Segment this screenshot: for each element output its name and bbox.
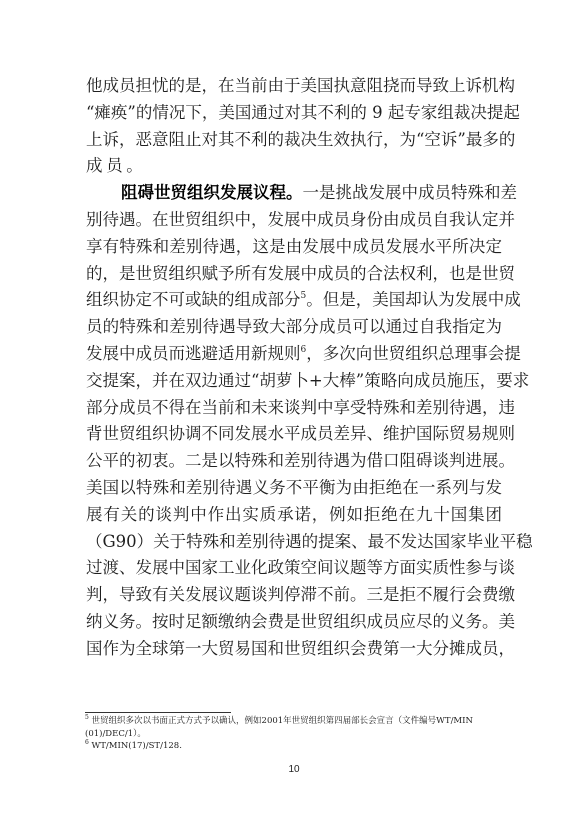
text-span: 一是挑战发展中成员特殊和差 — [303, 183, 518, 202]
footnote-mark: 5 — [85, 714, 89, 721]
text-line: 国作为全球第一大贸易国和世贸组织会费第一大分摊成员， — [86, 636, 502, 663]
text-line: 展有关的谈判中作出实质承诺，例如拒绝在九十国集团 — [86, 502, 502, 529]
text-line: “瘫痪”的情况下，美国通过对其不利的 9 起专家组裁决提起 — [86, 100, 502, 127]
footnote-5-continued: (01)/DEC/1）。 — [85, 728, 505, 741]
text-line: 背世贸组织协调不同发展水平成员差异、维护国际贸易规则 — [86, 421, 502, 448]
text-span: ，多次向世贸组织总理事会提 — [306, 344, 521, 363]
text-line: （G90）关于特殊和差别待遇的提案、最不发达国家毕业平稳 — [86, 529, 502, 556]
page-number: 10 — [0, 764, 588, 775]
footnotes: 5 世贸组织多次以书面正式方式予以确认，例如2001年世贸组织第四届部长会宣言（… — [85, 715, 505, 753]
text-line: 员的特殊和差别待遇导致大部分成员可以通过自我指定为 — [86, 314, 502, 341]
text-line: 上诉，恶意阻止对其不利的裁决生效执行，为“空诉”最多的 — [86, 127, 502, 154]
text-line: 别待遇。在世贸组织中，发展中成员身份由成员自我认定并 — [86, 207, 502, 234]
document-page: 他成员担忧的是，在当前由于美国执意阻挠而导致上诉机构 “瘫痪”的情况下，美国通过… — [0, 0, 588, 829]
text-line-footnote-5: 组织协定不可或缺的组成部分5。但是，美国却认为发展中成 — [86, 287, 502, 314]
text-line: 公平的初衷。二是以特殊和差别待遇为借口阻碍谈判进展。 — [86, 448, 502, 475]
text-span: 组织协定不可或缺的组成部分 — [86, 290, 301, 309]
text-line-footnote-6: 发展中成员而逃避适用新规则6，多次向世贸组织总理事会提 — [86, 341, 502, 368]
text-line: 成员。 — [86, 153, 502, 180]
body-text: 他成员担忧的是，在当前由于美国执意阻挠而导致上诉机构 “瘫痪”的情况下，美国通过… — [86, 73, 502, 663]
footnote-5: 5 世贸组织多次以书面正式方式予以确认，例如2001年世贸组织第四届部长会宣言（… — [85, 715, 505, 728]
footnote-text: 世贸组织多次以书面正式方式予以确认，例如2001年世贸组织第四届部长会宣言（文件… — [92, 716, 473, 726]
text-line: 部分成员不得在当前和未来谈判中享受特殊和差别待遇，违 — [86, 395, 502, 422]
text-line: 纳义务。按时足额缴纳会费是世贸组织成员应尽的义务。美 — [86, 609, 502, 636]
text-line: 的，是世贸组织赋予所有发展中成员的合法权利，也是世贸 — [86, 261, 502, 288]
text-span: 发展中成员而逃避适用新规则 — [86, 344, 301, 363]
text-line: 美国以特殊和差别待遇义务不平衡为由拒绝在一系列与发 — [86, 475, 502, 502]
paragraph-heading-line: 阻碍世贸组织发展议程。一是挑战发展中成员特殊和差 — [86, 180, 502, 207]
footnote-divider — [85, 712, 231, 713]
paragraph-heading: 阻碍世贸组织发展议程。 — [121, 183, 303, 202]
text-line: 享有特殊和差别待遇，这是由发展中成员发展水平所决定 — [86, 234, 502, 261]
text-line: 判，导致有关发展议题谈判停滞不前。三是拒不履行会费缴 — [86, 582, 502, 609]
footnote-mark: 6 — [85, 739, 89, 746]
text-line: 他成员担忧的是，在当前由于美国执意阻挠而导致上诉机构 — [86, 73, 502, 100]
footnote-text: WT/MIN(17)/ST/128. — [92, 741, 182, 751]
text-line: 过渡、发展中国家工业化政策空间议题等方面实质性参与谈 — [86, 555, 502, 582]
text-span: 。但是，美国却认为发展中成 — [306, 290, 521, 309]
footnote-6: 6 WT/MIN(17)/ST/128. — [85, 740, 505, 753]
text-line: 交提案，并在双边通过“胡萝卜+大棒”策略向成员施压，要求 — [86, 368, 502, 395]
